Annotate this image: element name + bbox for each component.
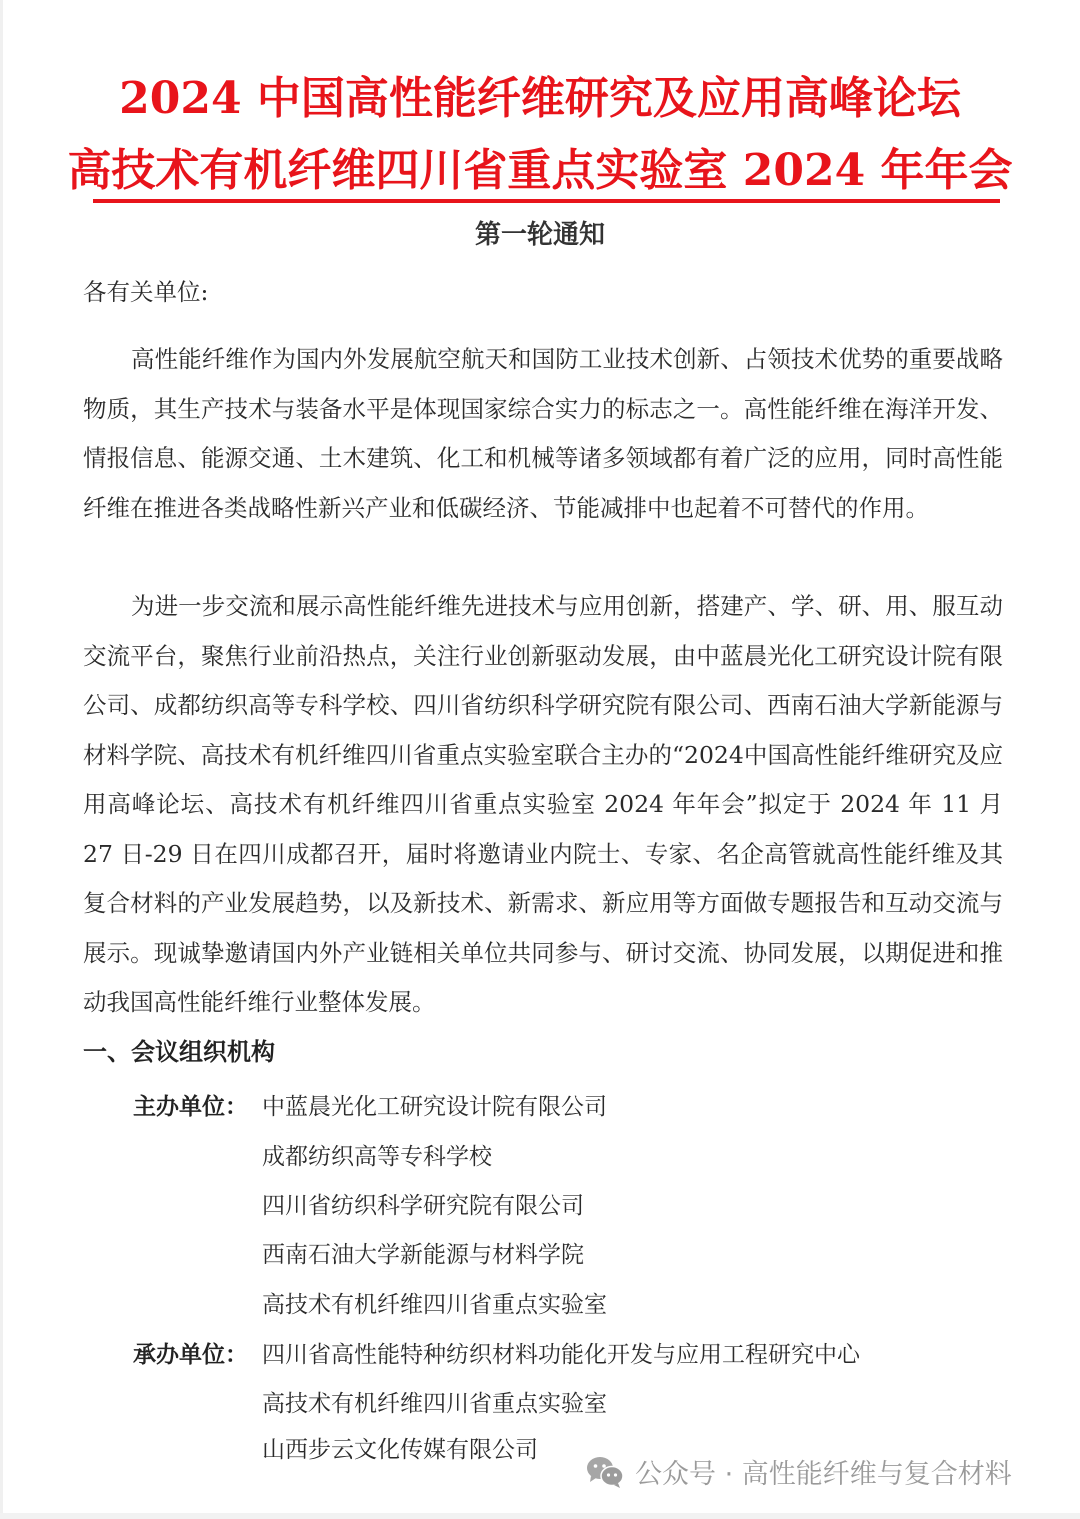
wechat-icon: [585, 1455, 625, 1489]
hosts-label: 承办单位：: [133, 1336, 248, 1369]
bottom-edge: [0, 1513, 1080, 1519]
red-divider: [93, 199, 1000, 203]
section-title-organization: 一、会议组织机构: [83, 1032, 275, 1067]
organizer-item: 成都纺织高等专科学校: [262, 1138, 492, 1171]
paragraph-2: 为进一步交流和展示高性能纤维先进技术与应用创新，搭建产、学、研、用、服互动交流平…: [83, 582, 1003, 1028]
organizer-item: 四川省纺织科学研究院有限公司: [262, 1187, 584, 1220]
watermark-text: 公众号 · 高性能纤维与复合材料: [635, 1452, 1012, 1491]
paragraph-1-text: 高性能纤维作为国内外发展航空航天和国防工业技术创新、占领技术优势的重要战略物质，…: [83, 335, 1003, 533]
salutation: 各有关单位:: [83, 268, 208, 318]
organizers-label: 主办单位：: [133, 1088, 248, 1121]
wechat-watermark: 公众号 · 高性能纤维与复合材料: [585, 1452, 1012, 1491]
title-line-2: 高技术有机纤维四川省重点实验室 2024 年年会: [0, 134, 1080, 198]
organizer-item: 西南石油大学新能源与材料学院: [262, 1236, 584, 1269]
host-item: 四川省高性能特种纺织材料功能化开发与应用工程研究中心: [262, 1336, 860, 1369]
host-item: 高技术有机纤维四川省重点实验室: [262, 1385, 607, 1418]
organizer-item: 中蓝晨光化工研究设计院有限公司: [262, 1088, 607, 1121]
organizer-item: 高技术有机纤维四川省重点实验室: [262, 1286, 607, 1319]
paragraph-1: 高性能纤维作为国内外发展航空航天和国防工业技术创新、占领技术优势的重要战略物质，…: [83, 335, 1003, 533]
host-item: 山西步云文化传媒有限公司: [262, 1431, 538, 1464]
notice-subtitle: 第一轮通知: [0, 214, 1080, 251]
paragraph-2-text: 为进一步交流和展示高性能纤维先进技术与应用创新，搭建产、学、研、用、服互动交流平…: [83, 582, 1003, 1028]
title-line-1: 2024 中国高性能纤维研究及应用高峰论坛: [0, 62, 1080, 126]
